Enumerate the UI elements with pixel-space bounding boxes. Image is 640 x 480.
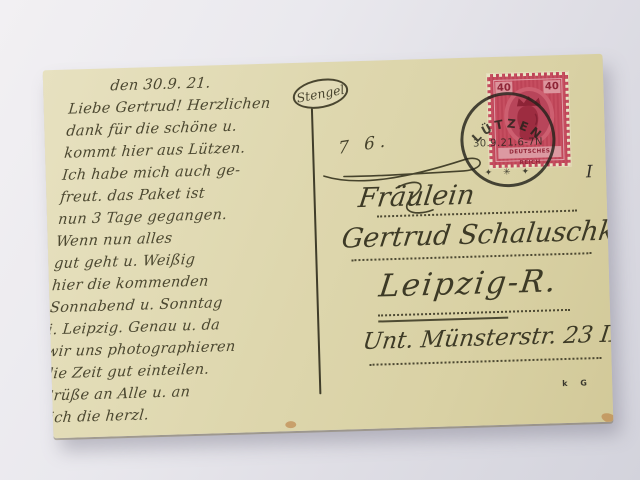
postcard: den 30.9. 21. Liebe Gertrud! Herzlichen … bbox=[43, 54, 614, 438]
address-city-underline bbox=[378, 317, 508, 323]
stain-spot bbox=[285, 421, 296, 428]
photo-background: den 30.9. 21. Liebe Gertrud! Herzlichen … bbox=[0, 0, 640, 480]
address-city: Leipzig-R. bbox=[377, 263, 560, 304]
postmark-date: 30.9.21.6-7N bbox=[473, 137, 543, 150]
roman-numeral-mark: I bbox=[586, 162, 593, 182]
address-dotted-rule bbox=[378, 309, 570, 317]
postmark: LÜTZEN 30.9.21.6-7N ✦ ✳ ✦ bbox=[444, 76, 572, 204]
address-dotted-rule bbox=[351, 252, 591, 261]
message-text: den 30.9. 21. Liebe Gertrud! Herzlichen … bbox=[43, 69, 330, 430]
stain-spot bbox=[600, 411, 613, 425]
printer-mark: k G bbox=[562, 378, 592, 388]
postmark-ornaments: ✦ ✳ ✦ bbox=[485, 167, 534, 178]
address-dotted-rule bbox=[370, 357, 602, 366]
address-street: Unt. Münsterstr. 23 II bbox=[361, 321, 613, 355]
